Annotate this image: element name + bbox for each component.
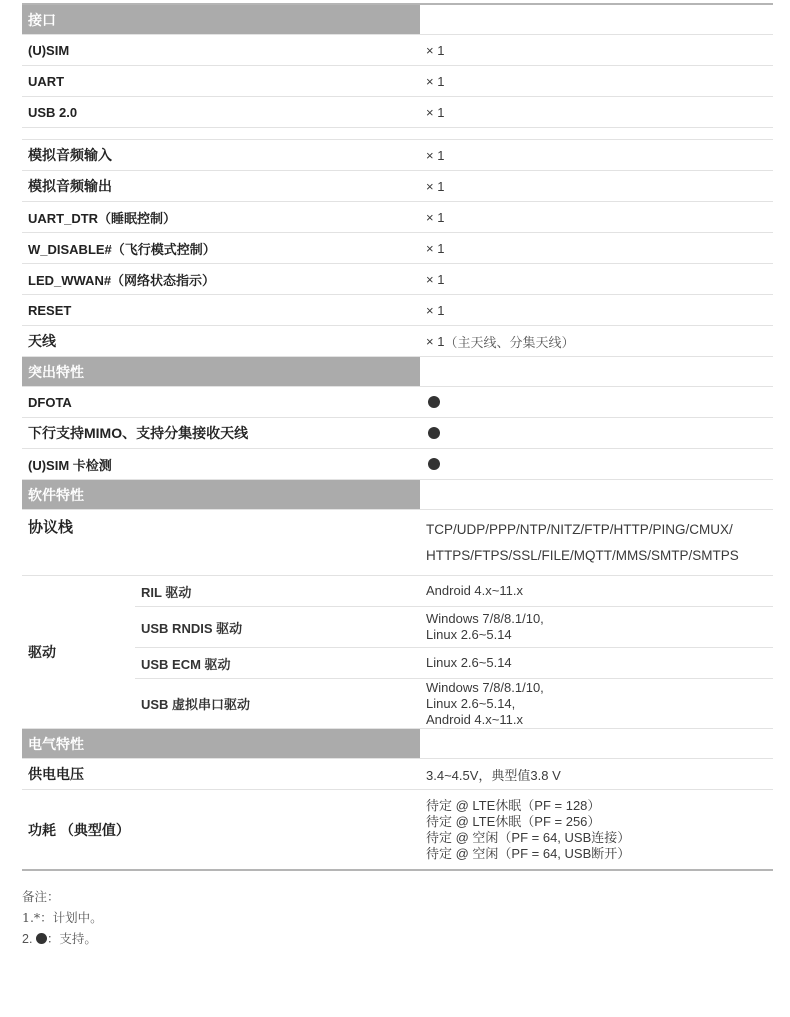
section-title: 软件特性 bbox=[22, 480, 420, 509]
table-row-protocol-stack: 协议栈 TCP/UDP/PPP/NTP/NITZ/FTP/HTTP/PING/C… bbox=[22, 510, 773, 576]
table-row: DFOTA bbox=[22, 387, 773, 418]
count-value: × 1 bbox=[426, 334, 444, 349]
table-row: USB 2.0 × 1 bbox=[22, 97, 773, 128]
row-value: 3.4~4.5V，典型值3.8 V bbox=[420, 759, 773, 789]
protocol-line: HTTPS/FTPS/SSL/FILE/MQTT/MMS/SMTP/SMTPS bbox=[426, 543, 739, 569]
drivers-rows: RIL 驱动 Android 4.x~11.x USB RNDIS 驱动 Win… bbox=[135, 576, 773, 728]
driver-line: Linux 2.6~5.14 bbox=[426, 655, 773, 671]
table-row: (U)SIM 卡检测 bbox=[22, 449, 773, 480]
row-value: × 1 bbox=[420, 35, 773, 65]
driver-support: Windows 7/8/8.1/10, Linux 2.6~5.14, Andr… bbox=[420, 679, 773, 728]
driver-support: Linux 2.6~5.14 bbox=[420, 648, 773, 678]
row-value: × 1 bbox=[420, 264, 773, 294]
spec-table: 接口 (U)SIM × 1 UART × 1 USB 2.0 × 1 模拟音频输… bbox=[22, 3, 773, 871]
row-value: × 1 bbox=[420, 140, 773, 170]
supported-dot-icon bbox=[36, 933, 47, 944]
table-row: 模拟音频输出 × 1 bbox=[22, 171, 773, 202]
note-item: 1.*：计划中。 bbox=[22, 907, 103, 928]
row-label: RESET bbox=[22, 295, 420, 325]
section-title: 突出特性 bbox=[22, 357, 420, 386]
protocol-line: TCP/UDP/PPP/NTP/NITZ/FTP/HTTP/PING/CMUX/ bbox=[426, 517, 733, 543]
driver-row: USB ECM 驱动 Linux 2.6~5.14 bbox=[135, 648, 773, 679]
table-row-supply-voltage: 供电电压 3.4~4.5V，典型值3.8 V bbox=[22, 759, 773, 790]
row-value: × 1 bbox=[420, 233, 773, 263]
row-value: 待定 @ LTE休眠（PF = 128） 待定 @ LTE休眠（PF = 256… bbox=[420, 790, 773, 869]
row-value: × 1 bbox=[420, 97, 773, 127]
power-line: 待定 @ LTE休眠（PF = 128） bbox=[426, 798, 600, 814]
table-row: (U)SIM × 1 bbox=[22, 35, 773, 66]
section-header-software: 软件特性 bbox=[22, 480, 773, 510]
row-value: TCP/UDP/PPP/NTP/NITZ/FTP/HTTP/PING/CMUX/… bbox=[420, 510, 773, 575]
note-text: ：支持。 bbox=[47, 931, 97, 946]
row-value: × 1 bbox=[420, 171, 773, 201]
supported-dot-icon bbox=[428, 458, 440, 470]
note-item: 2. ：支持。 bbox=[22, 928, 103, 950]
driver-row: RIL 驱动 Android 4.x~11.x bbox=[135, 576, 773, 607]
driver-line: Android 4.x~11.x bbox=[426, 712, 773, 728]
driver-row: USB RNDIS 驱动 Windows 7/8/8.1/10, Linux 2… bbox=[135, 607, 773, 648]
table-row: UART_DTR（睡眠控制） × 1 bbox=[22, 202, 773, 233]
power-line: 待定 @ 空闲（PF = 64, USB断开） bbox=[426, 846, 630, 862]
driver-line: Android 4.x~11.x bbox=[426, 583, 773, 599]
supported-dot-icon bbox=[428, 396, 440, 408]
row-label: DFOTA bbox=[22, 387, 420, 417]
driver-support: Windows 7/8/8.1/10, Linux 2.6~5.14 bbox=[420, 607, 773, 647]
notes-title: 备注： bbox=[22, 886, 103, 907]
row-value: × 1 bbox=[420, 295, 773, 325]
section-title: 电气特性 bbox=[22, 729, 420, 758]
row-label: 天线 bbox=[22, 326, 420, 356]
antenna-note: （主天线、分集天线） bbox=[444, 332, 574, 351]
row-label: (U)SIM 卡检测 bbox=[22, 449, 420, 479]
driver-name: USB RNDIS 驱动 bbox=[135, 607, 420, 647]
row-label: 下行支持MIMO、支持分集接收天线 bbox=[22, 418, 420, 448]
row-label: UART_DTR（睡眠控制） bbox=[22, 202, 420, 232]
section-header-electrical: 电气特性 bbox=[22, 729, 773, 759]
row-value: × 1 （主天线、分集天线） bbox=[420, 326, 773, 356]
row-label: UART bbox=[22, 66, 420, 96]
section-header-interfaces: 接口 bbox=[22, 5, 773, 35]
table-row: 模拟音频输入 × 1 bbox=[22, 140, 773, 171]
drivers-label: 驱动 bbox=[22, 576, 135, 728]
driver-name: RIL 驱动 bbox=[135, 576, 420, 606]
spacer-row bbox=[22, 128, 773, 140]
row-label: W_DISABLE#（飞行模式控制） bbox=[22, 233, 420, 263]
driver-line: Linux 2.6~5.14 bbox=[426, 627, 773, 643]
drivers-group: 驱动 RIL 驱动 Android 4.x~11.x USB RNDIS 驱动 … bbox=[22, 576, 773, 729]
driver-name: USB ECM 驱动 bbox=[135, 648, 420, 678]
table-row: W_DISABLE#（飞行模式控制） × 1 bbox=[22, 233, 773, 264]
table-row: 下行支持MIMO、支持分集接收天线 bbox=[22, 418, 773, 449]
row-label: (U)SIM bbox=[22, 35, 420, 65]
row-label: 协议栈 bbox=[22, 510, 420, 575]
driver-name: USB 虚拟串口驱动 bbox=[135, 679, 420, 728]
row-value: × 1 bbox=[420, 202, 773, 232]
row-label: LED_WWAN#（网络状态指示） bbox=[22, 264, 420, 294]
power-line: 待定 @ LTE休眠（PF = 256） bbox=[426, 814, 600, 830]
table-row: 天线 × 1 （主天线、分集天线） bbox=[22, 326, 773, 357]
table-row-power: 功耗 （典型值） 待定 @ LTE休眠（PF = 128） 待定 @ LTE休眠… bbox=[22, 790, 773, 871]
table-row: LED_WWAN#（网络状态指示） × 1 bbox=[22, 264, 773, 295]
row-label: USB 2.0 bbox=[22, 97, 420, 127]
row-label: 功耗 （典型值） bbox=[22, 790, 420, 869]
row-value: × 1 bbox=[420, 66, 773, 96]
driver-line: Linux 2.6~5.14, bbox=[426, 696, 773, 712]
driver-line: Windows 7/8/8.1/10, bbox=[426, 611, 773, 627]
driver-row: USB 虚拟串口驱动 Windows 7/8/8.1/10, Linux 2.6… bbox=[135, 679, 773, 728]
row-label: 模拟音频输入 bbox=[22, 140, 420, 170]
supported-dot-icon bbox=[428, 427, 440, 439]
section-header-highlights: 突出特性 bbox=[22, 357, 773, 387]
driver-line: Windows 7/8/8.1/10, bbox=[426, 680, 773, 696]
section-title: 接口 bbox=[22, 5, 420, 34]
table-row: UART × 1 bbox=[22, 66, 773, 97]
row-label: 供电电压 bbox=[22, 759, 420, 789]
power-line: 待定 @ 空闲（PF = 64, USB连接） bbox=[426, 830, 630, 846]
table-row: RESET × 1 bbox=[22, 295, 773, 326]
note-number: 2. bbox=[22, 932, 36, 946]
driver-support: Android 4.x~11.x bbox=[420, 576, 773, 606]
notes: 备注： 1.*：计划中。 2. ：支持。 bbox=[22, 886, 103, 950]
row-label: 模拟音频输出 bbox=[22, 171, 420, 201]
